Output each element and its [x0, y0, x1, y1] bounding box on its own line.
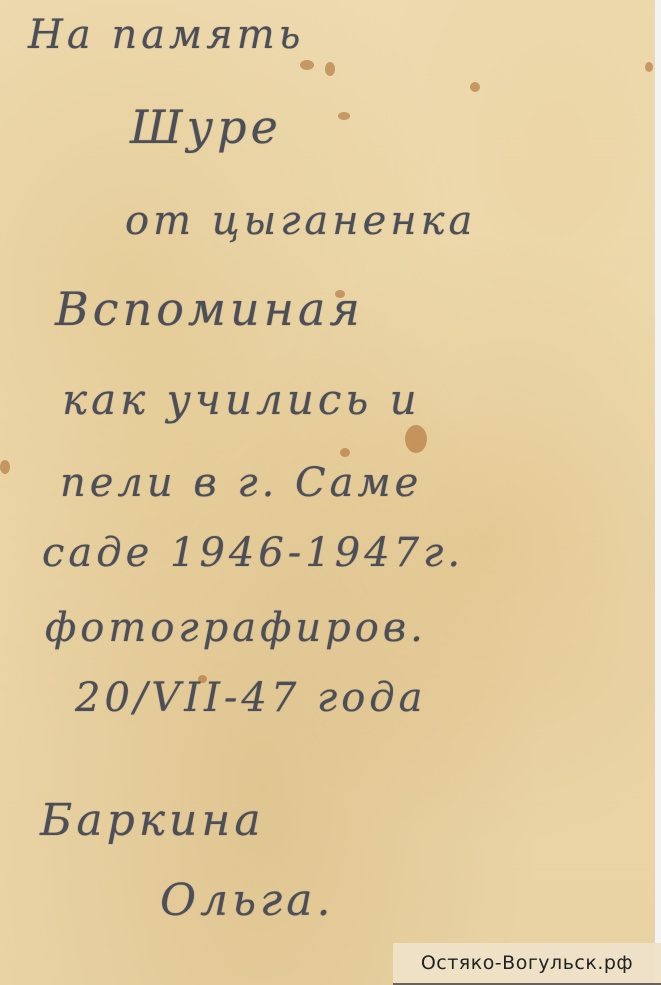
inscription-line-2: Шуре — [130, 100, 282, 154]
signature-surname: Баркина — [40, 795, 265, 846]
inscription-date: 20/VII-47 года — [75, 675, 427, 721]
inscription-line-3: от цыганенка — [125, 198, 476, 244]
signature-name: Ольга. — [160, 875, 335, 926]
photo-back-paper: На память Шуре от цыганенка Вспоминая ка… — [0, 0, 655, 985]
inscription-line-5: как учились и — [62, 375, 421, 424]
stain — [340, 448, 350, 457]
stain — [325, 62, 335, 76]
stain — [338, 112, 350, 120]
inscription-line-1: На память — [28, 12, 304, 58]
scan-edge — [655, 0, 661, 985]
stain — [0, 460, 10, 474]
inscription-line-8: фотографиров. — [45, 605, 427, 651]
stain — [300, 60, 314, 70]
inscription-line-4: Вспоминая — [55, 282, 364, 336]
inscription-line-6: пели в г. Саме — [60, 460, 422, 506]
stain — [645, 62, 653, 72]
stain — [470, 82, 480, 92]
watermark: Остяко-Вогульск.рф — [393, 943, 661, 985]
inscription-line-7: саде 1946-1947г. — [42, 530, 464, 576]
stain — [405, 425, 427, 453]
